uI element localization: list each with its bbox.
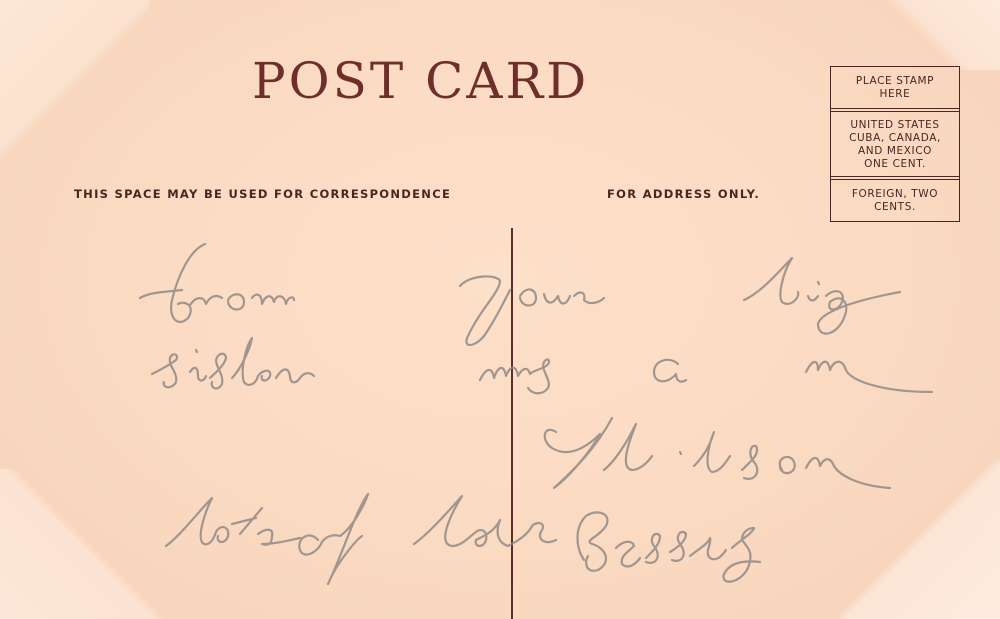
handwriting-line-2 [152,338,932,393]
handwriting-line-1 [140,244,900,345]
handwriting-line-3 [545,418,890,488]
handwriting-line-4 [166,494,760,584]
postcard-back: POST CARD THIS SPACE MAY BE USED FOR COR… [0,0,1000,619]
handwritten-message [0,0,1000,619]
